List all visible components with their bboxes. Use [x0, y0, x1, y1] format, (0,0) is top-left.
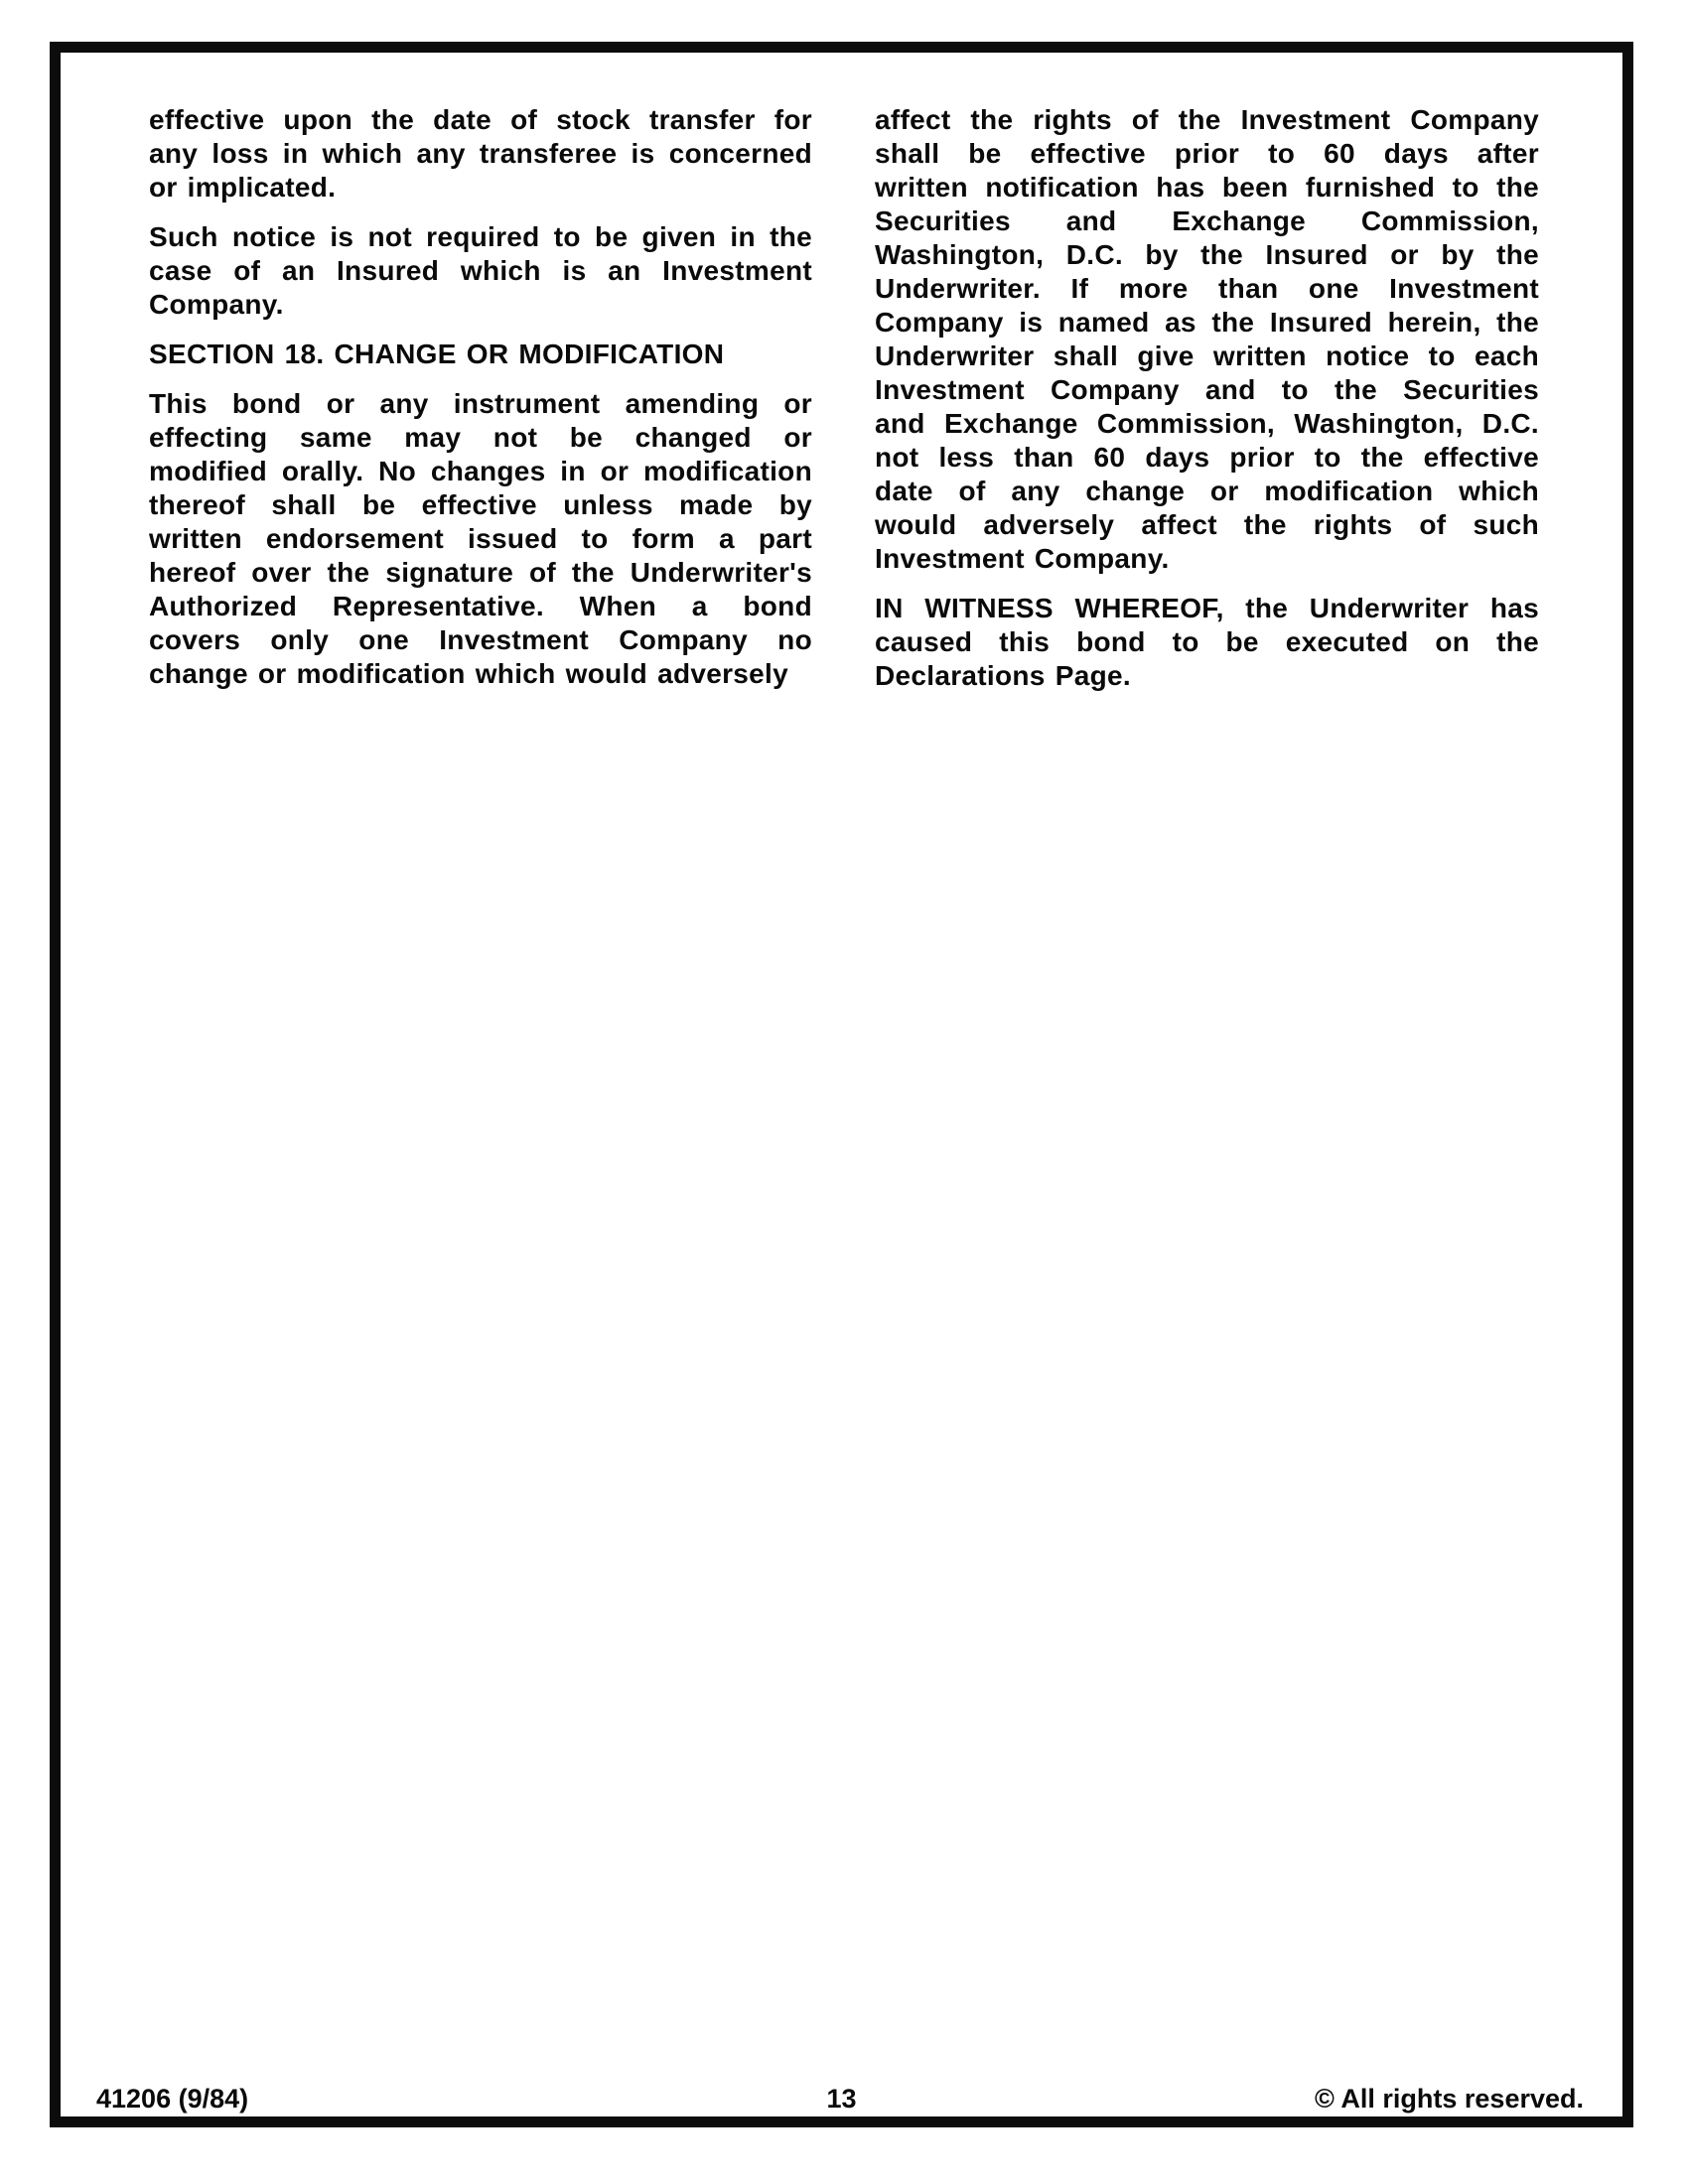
- text-line: effecting same may not be changed or: [149, 421, 812, 455]
- text-line: written endorsement issued to form a par…: [149, 522, 812, 556]
- text-line: Authorized Representative. When a bond: [149, 590, 812, 623]
- text-line: Investment Company.: [875, 542, 1539, 576]
- text-line: This bond or any instrument amending or: [149, 387, 812, 421]
- paragraph: Such notice is not required to be given …: [149, 220, 812, 322]
- text-line: hereof over the signature of the Underwr…: [149, 556, 812, 590]
- text-line: covers only one Investment Company no: [149, 623, 812, 657]
- paragraph: effective upon the date of stock transfe…: [149, 103, 812, 205]
- text-line: date of any change or modification which: [875, 475, 1539, 508]
- text-line: thereof shall be effective unless made b…: [149, 488, 812, 522]
- section-heading: SECTION 18. CHANGE OR MODIFICATION: [149, 338, 812, 371]
- text-line: Underwriter. If more than one Investment: [875, 272, 1539, 306]
- text-column-left: effective upon the date of stock transfe…: [149, 103, 812, 693]
- text-line: Investment Company and to the Securities: [875, 373, 1539, 407]
- page-footer: 41206 (9/84) 13 © All rights reserved.: [50, 2082, 1633, 2116]
- text-line: shall be effective prior to 60 days afte…: [875, 137, 1539, 171]
- text-line: or implicated.: [149, 171, 812, 205]
- text-line: modified orally. No changes in or modifi…: [149, 455, 812, 488]
- text-column-right: affect the rights of the Investment Comp…: [875, 103, 1539, 693]
- text-line: any loss in which any transferee is conc…: [149, 137, 812, 171]
- text-line: case of an Insured which is an Investmen…: [149, 254, 812, 288]
- text-line: not less than 60 days prior to the effec…: [875, 441, 1539, 475]
- text-line: Securities and Exchange Commission,: [875, 205, 1539, 238]
- text-line: Declarations Page.: [875, 659, 1539, 693]
- copyright-notice: © All rights reserved.: [1315, 2082, 1584, 2116]
- page-number: 13: [826, 2082, 856, 2116]
- text-line: Company.: [149, 288, 812, 322]
- text-line: IN WITNESS WHEREOF, the Underwriter has: [875, 592, 1539, 625]
- paragraph: This bond or any instrument amending ore…: [149, 387, 812, 691]
- text-line: effective upon the date of stock transfe…: [149, 103, 812, 137]
- text-line: caused this bond to be executed on the: [875, 625, 1539, 659]
- text-line: SECTION 18. CHANGE OR MODIFICATION: [149, 338, 812, 371]
- form-number: 41206 (9/84): [96, 2082, 248, 2116]
- text-line: Such notice is not required to be given …: [149, 220, 812, 254]
- text-line: Underwriter shall give written notice to…: [875, 340, 1539, 373]
- paragraph: affect the rights of the Investment Comp…: [875, 103, 1539, 576]
- text-line: affect the rights of the Investment Comp…: [875, 103, 1539, 137]
- text-line: written notification has been furnished …: [875, 171, 1539, 205]
- text-line: would adversely affect the rights of suc…: [875, 508, 1539, 542]
- text-line: Company is named as the Insured herein, …: [875, 306, 1539, 340]
- text-line: and Exchange Commission, Washington, D.C…: [875, 407, 1539, 441]
- paragraph: IN WITNESS WHEREOF, the Underwriter hasc…: [875, 592, 1539, 693]
- text-line: change or modification which would adver…: [149, 657, 812, 691]
- text-body: effective upon the date of stock transfe…: [149, 103, 1539, 693]
- text-line: Washington, D.C. by the Insured or by th…: [875, 238, 1539, 272]
